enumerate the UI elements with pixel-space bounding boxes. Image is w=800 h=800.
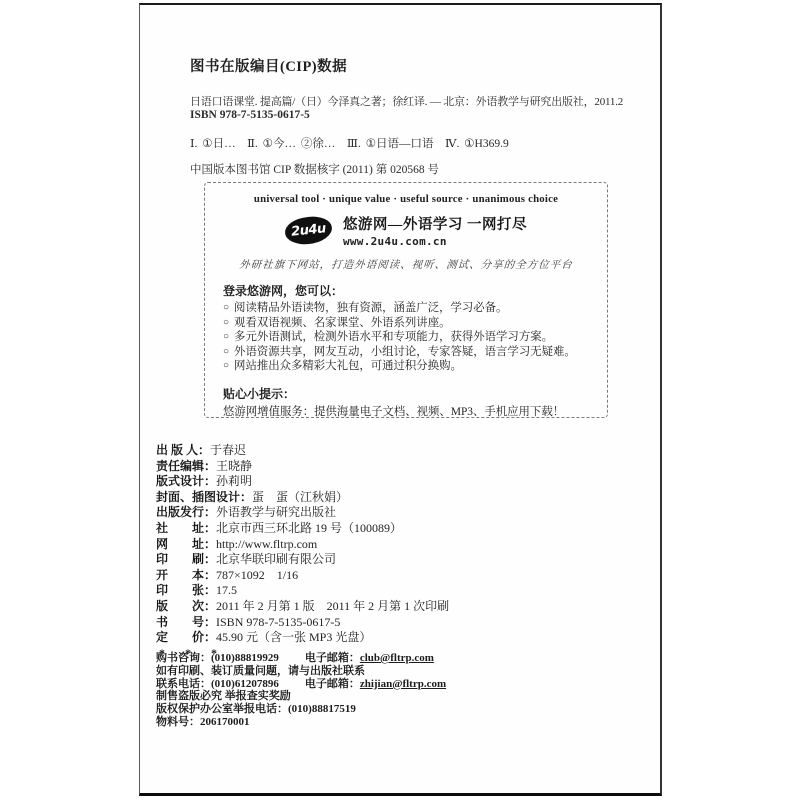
pub-label: 社 址： bbox=[156, 521, 216, 535]
pub-row-price: 定 价：45.90 元（含一张 MP3 光盘） bbox=[156, 630, 449, 646]
circle-bullet-icon: ○ bbox=[223, 359, 229, 374]
pub-label: 版式设计： bbox=[156, 474, 216, 488]
pub-label: 开 本： bbox=[156, 568, 216, 582]
circle-bullet-icon: ○ bbox=[223, 301, 229, 316]
pub-value: ISBN 978-7-5135-0617-5 bbox=[216, 615, 340, 629]
list-item-text: 观看双语视频、名家课堂、外语系列讲座。 bbox=[234, 316, 450, 331]
list-item-text: 多元外语测试，检测外语水平和专项能力，获得外语学习方案。 bbox=[234, 330, 553, 345]
pub-value: 外语教学与研究出版社 bbox=[216, 505, 336, 519]
contact-line-purchase: 购书咨询：(010)88819929电子邮箱：club@fltrp.com bbox=[156, 652, 446, 665]
tip-text: 悠游网增值服务：提供海量电子文档、视频、MP3、手机应用下载！ bbox=[223, 403, 593, 419]
pub-label: 印 张： bbox=[156, 583, 216, 597]
promo-slogan: 外研社旗下网站，打造外语阅读、视听、测试、分享的全方位平台 bbox=[218, 257, 593, 272]
list-item-text: 阅读精品外语读物，独有资源，涵盖广泛，学习必备。 bbox=[234, 301, 507, 316]
contact-line-phone: 联系电话：(010)61207896电子邮箱：zhijian@fltrp.com bbox=[156, 678, 446, 691]
pub-row-layout-design: 版式设计：孙莉明 bbox=[156, 474, 449, 490]
contact-block: 购书咨询：(010)88819929电子邮箱：club@fltrp.com 如有… bbox=[156, 652, 446, 729]
list-item: ○ 观看双语视频、名家课堂、外语系列讲座。 bbox=[223, 316, 593, 331]
pub-row-editor: 责任编辑：王晓静 bbox=[156, 459, 449, 475]
book-copyright-page: 图书在版编目(CIP)数据 日语口语课堂. 提高篇/（日）今泽真之著；徐红译. … bbox=[139, 3, 662, 796]
brand-row: 2u4u 悠游网—外语学习 一网打尽 www.2u4u.com.cn bbox=[219, 213, 593, 248]
pub-row-printer: 印 刷：北京华联印刷有限公司 bbox=[156, 552, 449, 568]
2u4u-logo-icon: 2u4u bbox=[284, 215, 334, 247]
pub-row-edition: 版 次：2011 年 2 月第 1 版 2011 年 2 月第 1 次印刷 bbox=[156, 599, 449, 615]
cip-isbn-line: ISBN 978-7-5135-0617-5 bbox=[190, 109, 310, 121]
list-item-text: 网站推出众多精彩大礼包，可通过积分换购。 bbox=[234, 359, 462, 374]
pub-value: 45.90 元（含一张 MP3 光盘） bbox=[216, 630, 371, 644]
pub-value: 孙莉明 bbox=[216, 474, 252, 488]
brand-title: 悠游网—外语学习 一网打尽 bbox=[343, 213, 527, 234]
logo-text: 2u4u bbox=[290, 221, 326, 240]
brand-text-block: 悠游网—外语学习 一网打尽 www.2u4u.com.cn bbox=[343, 213, 527, 248]
cip-bibliographic-line: 日语口语课堂. 提高篇/（日）今泽真之著；徐红译. — 北京：外语教学与研究出版… bbox=[190, 93, 623, 109]
circle-bullet-icon: ○ bbox=[223, 316, 229, 331]
pub-row-publisher-person: 出 版 人：于春迟 bbox=[156, 443, 449, 459]
list-item: ○ 阅读精品外语读物，独有资源，涵盖广泛，学习必备。 bbox=[223, 301, 593, 316]
pub-value: 2011 年 2 月第 1 版 2011 年 2 月第 1 次印刷 bbox=[216, 599, 449, 613]
pub-row-isbn: 书 号：ISBN 978-7-5135-0617-5 bbox=[156, 615, 449, 631]
pub-label: 出 版 人： bbox=[156, 443, 210, 457]
pub-value: 17.5 bbox=[216, 583, 237, 597]
pub-value: http://www.fltrp.com bbox=[216, 537, 317, 551]
pub-row-format: 开 本：787×1092 1/16 bbox=[156, 568, 449, 584]
pub-row-website: 网 址：http://www.fltrp.com bbox=[156, 537, 449, 553]
pub-value: 蛋 蛋（江秋娟） bbox=[252, 490, 348, 504]
list-item: ○ 外语资源共享，网友互动，小组讨论，专家答疑，语言学习无疑难。 bbox=[223, 345, 593, 360]
pub-label: 版 次： bbox=[156, 599, 216, 613]
pub-label: 定 价： bbox=[156, 630, 216, 644]
cip-classification-line: Ⅰ. ①日… Ⅱ. ①今… ②徐… Ⅲ. ①日语—口语 Ⅳ. ①H369.9 bbox=[190, 135, 509, 151]
pub-label: 出版发行： bbox=[156, 505, 216, 519]
contact-phone: 联系电话：(010)61207896 bbox=[156, 678, 279, 690]
pub-value: 北京市西三环北路 19 号（100089） bbox=[216, 521, 402, 535]
cip-heading: 图书在版编目(CIP)数据 bbox=[190, 55, 347, 76]
screenshot-canvas: 图书在版编目(CIP)数据 日语口语课堂. 提高篇/（日）今泽真之著；徐红译. … bbox=[0, 0, 800, 800]
pub-label: 印 刷： bbox=[156, 552, 216, 566]
pub-value: 北京华联印刷有限公司 bbox=[216, 552, 336, 566]
email-label: 电子邮箱： bbox=[305, 652, 360, 664]
circle-bullet-icon: ○ bbox=[223, 330, 229, 345]
pub-row-cover-design: 封面、插图设计：蛋 蛋（江秋娟） bbox=[156, 490, 449, 506]
cip-record-number-line: 中国版本图书馆 CIP 数据核字 (2011) 第 020568 号 bbox=[190, 161, 439, 177]
pub-value: 于春迟 bbox=[210, 443, 246, 457]
email-label: 电子邮箱： bbox=[305, 678, 360, 690]
zhijian-email: zhijian@fltrp.com bbox=[360, 678, 446, 690]
contact-line-antipiracy: 制售盗版必究 举报查实奖励 bbox=[156, 690, 446, 703]
pub-value: 王晓静 bbox=[216, 459, 252, 473]
pub-row-sheets: 印 张：17.5 bbox=[156, 583, 449, 599]
purchase-phone: 购书咨询：(010)88819929 bbox=[156, 652, 279, 664]
publication-info-block: 出 版 人：于春迟 责任编辑：王晓静 版式设计：孙莉明 封面、插图设计：蛋 蛋（… bbox=[156, 443, 449, 661]
pub-label: 责任编辑： bbox=[156, 459, 216, 473]
contact-line-quality-note: 如有印刷、装订质量问题，请与出版社联系 bbox=[156, 665, 446, 678]
list-item-text: 外语资源共享，网友互动，小组讨论，专家答疑，语言学习无疑难。 bbox=[234, 345, 576, 360]
circle-bullet-icon: ○ bbox=[223, 345, 229, 360]
list-item: ○ 多元外语测试，检测外语水平和专项能力，获得外语学习方案。 bbox=[223, 330, 593, 345]
pub-row-address: 社 址：北京市西三环北路 19 号（100089） bbox=[156, 521, 449, 537]
pub-value: 787×1092 1/16 bbox=[216, 568, 298, 582]
club-email: club@fltrp.com bbox=[360, 652, 434, 664]
pub-row-publisher: 出版发行：外语教学与研究出版社 bbox=[156, 505, 449, 521]
pub-label: 书 号： bbox=[156, 615, 216, 629]
promo-list-heading: 登录悠游网，您可以： bbox=[223, 282, 593, 299]
list-item: ○ 网站推出众多精彩大礼包，可通过积分换购。 bbox=[223, 359, 593, 374]
pub-label: 网 址： bbox=[156, 537, 216, 551]
pub-label: 封面、插图设计： bbox=[156, 490, 252, 504]
promo-english-tagline: universal tool · unique value · useful s… bbox=[219, 193, 593, 205]
brand-url: www.2u4u.com.cn bbox=[343, 235, 527, 248]
contact-line-copyright-office: 版权保护办公室举报电话：(010)88817519 bbox=[156, 703, 446, 716]
promo-feature-list: ○ 阅读精品外语读物，独有资源，涵盖广泛，学习必备。 ○ 观看双语视频、名家课堂… bbox=[223, 301, 593, 374]
tip-heading: 贴心小提示： bbox=[223, 385, 593, 402]
contact-line-material-number: 物料号：206170001 bbox=[156, 716, 446, 729]
promo-box: universal tool · unique value · useful s… bbox=[204, 182, 608, 418]
